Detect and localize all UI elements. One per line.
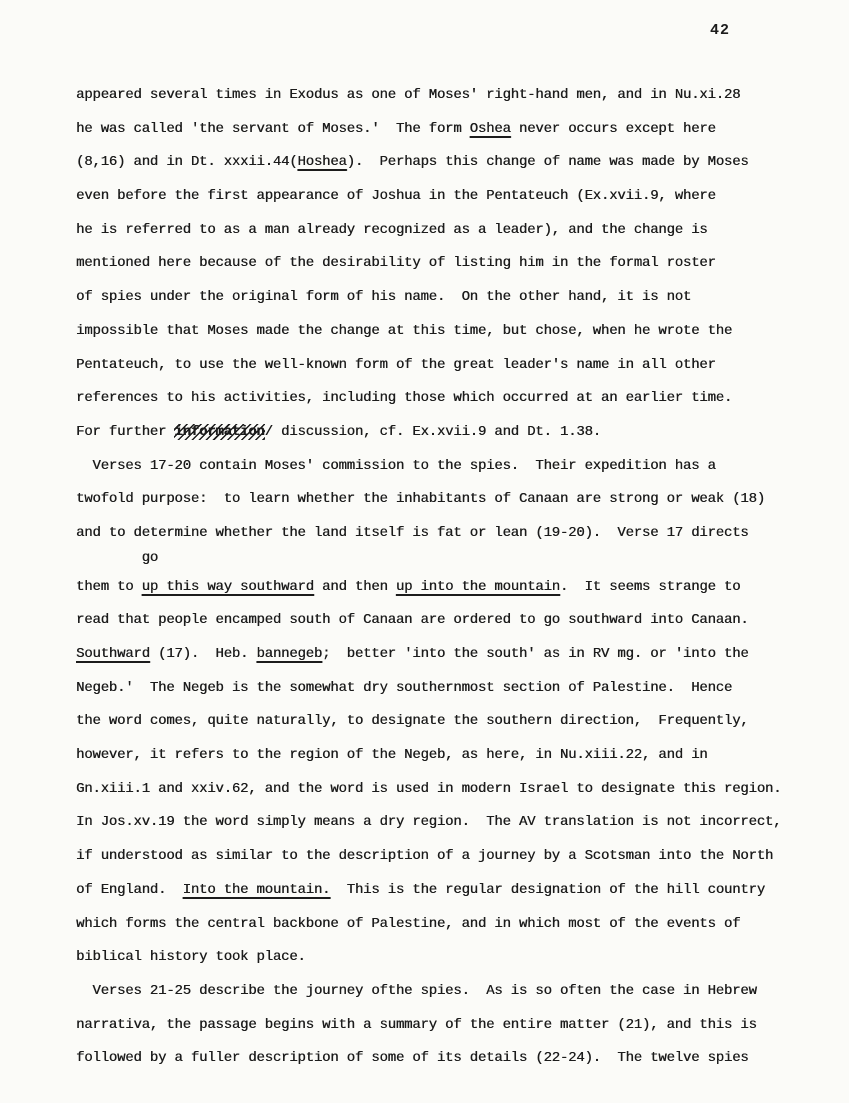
- text-segment: and to determine whether the land itself…: [76, 525, 749, 541]
- text-line: he is referred to as a man already recog…: [76, 214, 819, 248]
- text-segment: read that people encamped south of Canaa…: [76, 612, 749, 628]
- text-line: followed by a fuller description of some…: [76, 1042, 819, 1076]
- text-segment: Verses 21-25 describe the journey ofthe …: [76, 983, 757, 999]
- text-line: In Jos.xv.19 the word simply means a dry…: [76, 806, 819, 840]
- text-line: if understood as similar to the descript…: [76, 840, 819, 874]
- text-line: of England. Into the mountain. This is t…: [76, 874, 819, 908]
- underlined-text: up this way southward: [142, 579, 314, 595]
- text-segment: (8,16) and in Dt. xxxii.44(: [76, 154, 297, 170]
- text-segment: which forms the central backbone of Pale…: [76, 916, 740, 932]
- text-segment: never occurs except here: [511, 121, 716, 137]
- text-line: Pentateuch, to use the well-known form o…: [76, 349, 819, 383]
- text-line: them to up this way southward and then u…: [76, 571, 819, 605]
- text-segment: however, it refers to the region of the …: [76, 747, 708, 763]
- text-segment: Negeb.' The Negeb is the somewhat dry so…: [76, 680, 732, 696]
- text-segment: the word comes, quite naturally, to desi…: [76, 713, 749, 729]
- text-line: (8,16) and in Dt. xxxii.44(Hoshea). Perh…: [76, 146, 819, 180]
- text-line: For further information/ discussion, cf.…: [76, 416, 819, 450]
- text-segment: mentioned here because of the desirabili…: [76, 255, 716, 271]
- text-line: however, it refers to the region of the …: [76, 739, 819, 773]
- text-segment: impossible that Moses made the change at…: [76, 323, 732, 339]
- text-line: twofold purpose: to learn whether the in…: [76, 483, 819, 517]
- text-line: of spies under the original form of his …: [76, 281, 819, 315]
- text-segment: if understood as similar to the descript…: [76, 848, 773, 864]
- text-line: he was called 'the servant of Moses.' Th…: [76, 113, 819, 147]
- text-line: which forms the central backbone of Pale…: [76, 908, 819, 942]
- underlined-text: bannegeb: [256, 646, 322, 662]
- underlined-text: up into the mountain: [396, 579, 560, 595]
- page-number: 42: [710, 22, 730, 39]
- underlined-text: Oshea: [470, 121, 511, 137]
- text-line: Verses 17-20 contain Moses' commission t…: [76, 450, 819, 484]
- text-segment: go: [76, 550, 158, 566]
- text-line: Southward (17). Heb. bannegeb; better 'i…: [76, 638, 819, 672]
- text-line: and to determine whether the land itself…: [76, 517, 819, 551]
- text-segment: twofold purpose: to learn whether the in…: [76, 491, 765, 507]
- text-segment: biblical history took place.: [76, 949, 306, 965]
- text-line: go: [76, 551, 819, 571]
- text-line: Negeb.' The Negeb is the somewhat dry so…: [76, 672, 819, 706]
- text-line: Verses 21-25 describe the journey ofthe …: [76, 975, 819, 1009]
- text-segment: followed by a fuller description of some…: [76, 1050, 749, 1066]
- text-segment: even before the first appearance of Josh…: [76, 188, 716, 204]
- text-line: read that people encamped south of Canaa…: [76, 604, 819, 638]
- text-segment: For further: [76, 424, 174, 440]
- text-line: biblical history took place.: [76, 941, 819, 975]
- text-segment: ; better 'into the south' as in RV mg. o…: [322, 646, 748, 662]
- text-line: references to his activities, including …: [76, 382, 819, 416]
- text-line: mentioned here because of the desirabili…: [76, 247, 819, 281]
- text-segment: Pentateuch, to use the well-known form o…: [76, 357, 716, 373]
- text-segment: This is the regular designation of the h…: [330, 882, 765, 898]
- text-segment: he is referred to as a man already recog…: [76, 222, 708, 238]
- text-segment: appeared several times in Exodus as one …: [76, 87, 740, 103]
- struck-out-text: information: [174, 424, 264, 440]
- document-page: 42 appeared several times in Exodus as o…: [0, 0, 849, 1103]
- text-segment: he was called 'the servant of Moses.' Th…: [76, 121, 470, 137]
- text-segment: (17). Heb.: [150, 646, 257, 662]
- text-segment: and then: [314, 579, 396, 595]
- text-segment: Verses 17-20 contain Moses' commission t…: [76, 458, 716, 474]
- text-segment: references to his activities, including …: [76, 390, 732, 406]
- text-segment: narrativa, the passage begins with a sum…: [76, 1017, 757, 1033]
- text-line: Gn.xiii.1 and xxiv.62, and the word is u…: [76, 773, 819, 807]
- text-segment: of England.: [76, 882, 183, 898]
- underlined-text: Into the mountain.: [183, 882, 331, 898]
- text-line: narrativa, the passage begins with a sum…: [76, 1009, 819, 1043]
- underlined-text: Southward: [76, 646, 150, 662]
- text-segment: In Jos.xv.19 the word simply means a dry…: [76, 814, 781, 830]
- underlined-text: Hoshea: [297, 154, 346, 170]
- text-segment: of spies under the original form of his …: [76, 289, 691, 305]
- text-line: impossible that Moses made the change at…: [76, 315, 819, 349]
- text-segment: ). Perhaps this change of name was made …: [347, 154, 749, 170]
- text-segment: / discussion, cf. Ex.xvii.9 and Dt. 1.38…: [265, 424, 601, 440]
- text-line: appeared several times in Exodus as one …: [76, 79, 819, 113]
- text-segment: . It seems strange to: [560, 579, 740, 595]
- text-segment: them to: [76, 579, 142, 595]
- page-body: appeared several times in Exodus as one …: [76, 79, 819, 1076]
- text-line: the word comes, quite naturally, to desi…: [76, 705, 819, 739]
- text-line: even before the first appearance of Josh…: [76, 180, 819, 214]
- text-segment: Gn.xiii.1 and xxiv.62, and the word is u…: [76, 781, 781, 797]
